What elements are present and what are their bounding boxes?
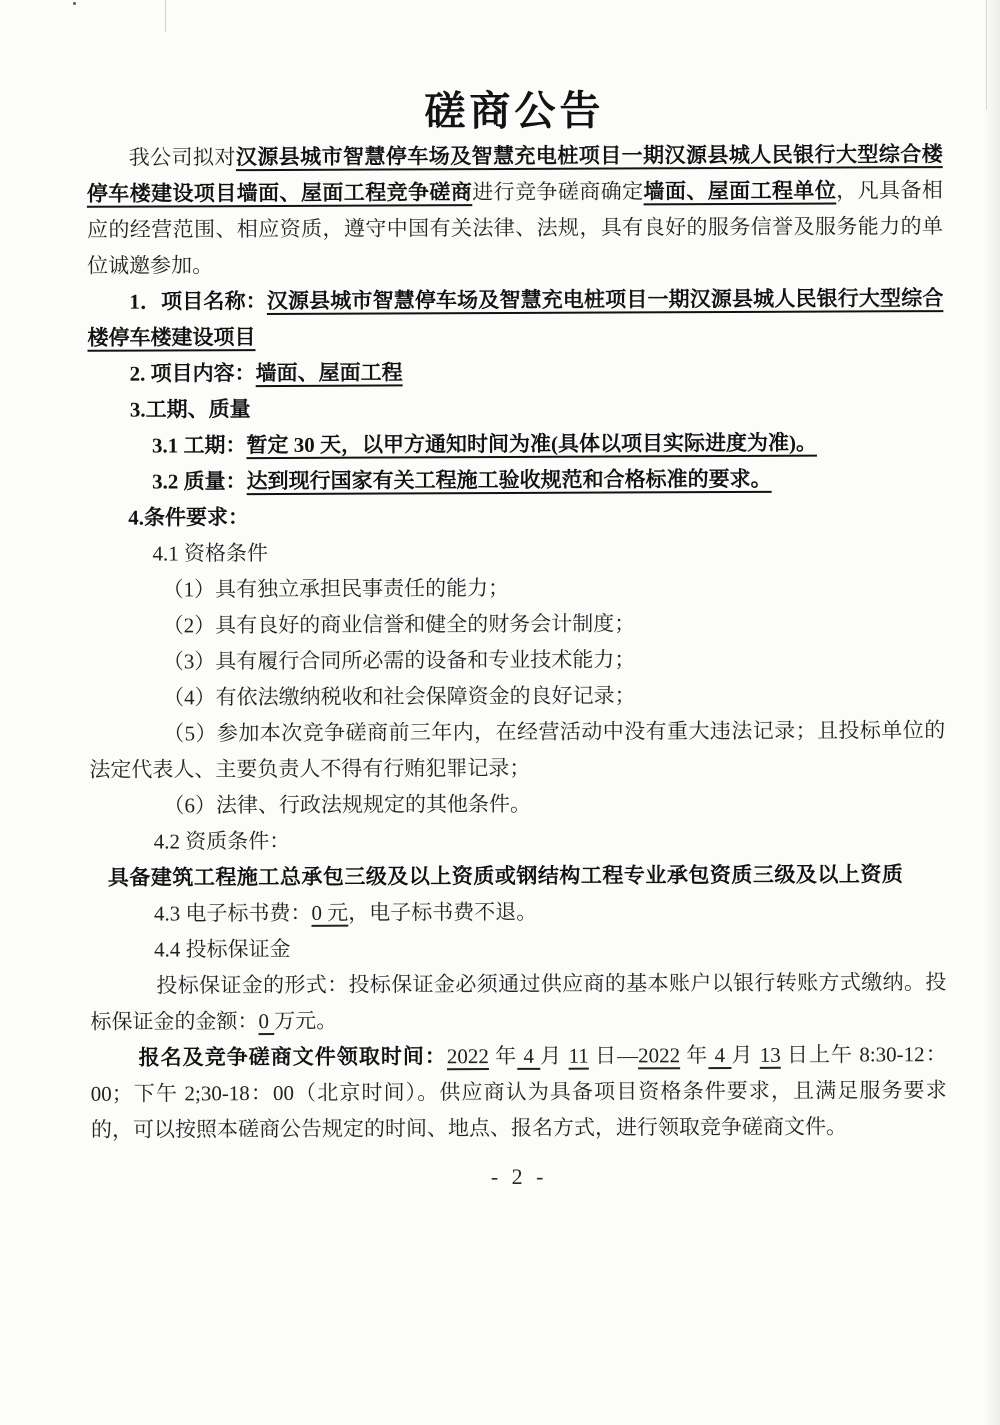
text-run: 3.1 工期： [152, 433, 247, 457]
text-run: （2）具有良好的商业信誉和健全的财务会计制度； [163, 611, 636, 637]
condition-6: （6）法律、行政法规规定的其他条件。 [89, 784, 945, 824]
text-run: 具备建筑工程施工总承包三级及以上资质或钢结构工程专业承包资质三级及以上资质 [108, 862, 904, 889]
text-run: 4 [517, 1044, 540, 1068]
condition-5: （5）参加本次竞争磋商前三年内，在经营活动中没有重大违法记录；且投标单位的法定代… [89, 712, 945, 788]
bid-bond-subheading: 4.4 投标保证金 [90, 928, 946, 968]
quality-item: 3.2 质量：达到现行国家有关工程施工验收规范和合格标准的要求。 [88, 460, 944, 500]
project-content-item: 2. 项目内容：墙面、屋面工程 [88, 352, 944, 392]
page-number: - 2 - [91, 1160, 947, 1194]
text-run: 0 [258, 1009, 274, 1033]
text-run: 月 [540, 1044, 568, 1068]
text-run: 达到现行国家有关工程施工验收规范和合格标准的要求。 [247, 467, 772, 493]
bid-fee-item: 4.3 电子标书费：0 元，电子标书费不退。 [90, 892, 946, 932]
text-run: 11 [568, 1044, 588, 1068]
text-run: 4.2 资质条件： [154, 829, 291, 854]
text-run: 3.2 质量： [152, 469, 247, 493]
condition-1: （1）具有独立承担民事责任的能力； [88, 568, 944, 608]
credentials-requirement: 具备建筑工程施工总承包三级及以上资质或钢结构工程专业承包资质三级及以上资质 [90, 856, 946, 896]
text-run: 年 [680, 1043, 708, 1067]
text-run: （5）参加本次竞争磋商前三年内，在经营活动中没有重大违法记录；且投标单位的法定代… [89, 718, 945, 782]
text-run: 报名及竞争磋商文件领取时间： [139, 1044, 447, 1069]
text-run: 4.3 电子标书费： [154, 901, 312, 926]
text-run: 墙面、屋面工程 [256, 360, 403, 385]
text-run: 进行竞争磋商确定 [472, 179, 643, 204]
text-run: 4.条件要求： [128, 505, 249, 530]
text-run: 13 [760, 1043, 781, 1067]
document-body: 我公司拟对汉源县城市智慧停车场及智慧充电桩项目一期汉源县城人民银行大型综合楼停车… [87, 136, 947, 1148]
duration-item: 3.1 工期：暂定 30 天，以甲方通知时间为准(具体以项目实际进度为准)。 [88, 424, 944, 464]
condition-4: （4）有依法缴纳税收和社会保障资金的良好记录； [89, 676, 945, 716]
text-run: （4）有依法缴纳税收和社会保障资金的良好记录； [163, 683, 636, 709]
text-run: 年 [489, 1044, 517, 1068]
text-run: 月 [731, 1043, 759, 1067]
credentials-subheading: 4.2 资质条件： [90, 820, 946, 860]
text-run: 暂定 30 天，以甲方通知时间为准(具体以项目实际进度为准)。 [246, 431, 817, 457]
text-run: （6）法律、行政法规规定的其他条件。 [163, 792, 531, 818]
text-run: 2022 [447, 1044, 489, 1068]
qualification-subheading: 4.1 资格条件 [88, 532, 944, 572]
bid-bond-paragraph: 投标保证金的形式：投标保证金必须通过供应商的基本账户以银行转账方式缴纳。投标保证… [90, 964, 946, 1040]
text-run: 日— [589, 1043, 638, 1067]
text-run: 3.工期、质量 [130, 397, 251, 422]
text-run: 4.1 资格条件 [152, 541, 268, 566]
conditions-heading: 4.条件要求： [88, 496, 944, 536]
document-page: 磋商公告 我公司拟对汉源县城市智慧停车场及智慧充电桩项目一期汉源县城人民银行大型… [0, 0, 1000, 1425]
condition-3: （3）具有履行合同所必需的设备和专业技术能力； [89, 640, 945, 680]
text-run: 4.4 投标保证金 [154, 937, 291, 962]
text-run: 投标保证金的形式：投标保证金必须通过供应商的基本账户以银行转账方式缴纳。投标保证… [90, 970, 946, 1034]
text-run: ，电子标书费不退。 [348, 900, 537, 925]
text-run: 4 [708, 1043, 731, 1067]
text-run: （1）具有独立承担民事责任的能力； [163, 576, 510, 602]
document-title: 磋商公告 [86, 82, 942, 140]
text-run: 墙面、屋面工程单位 [643, 179, 836, 204]
project-name-item: 1．项目名称：汉源县城市智慧停车场及智慧充电桩项目一期汉源县城人民银行大型综合楼… [87, 280, 943, 356]
condition-2: （2）具有良好的商业信誉和健全的财务会计制度； [89, 604, 945, 644]
text-run: （3）具有履行合同所必需的设备和专业技术能力； [163, 647, 636, 673]
text-run: 我公司拟对 [129, 145, 236, 169]
text-run: 0 元 [311, 901, 348, 925]
text-run: 万元。 [274, 1009, 337, 1033]
duration-quality-heading: 3.工期、质量 [88, 388, 944, 428]
document-content: 磋商公告 我公司拟对汉源县城市智慧停车场及智慧充电桩项目一期汉源县城人民银行大型… [0, 0, 1000, 1194]
text-run: 1．项目名称： [129, 289, 267, 314]
intro-paragraph: 我公司拟对汉源县城市智慧停车场及智慧充电桩项目一期汉源县城人民银行大型综合楼停车… [87, 136, 944, 284]
text-run: 2. 项目内容： [130, 361, 256, 386]
registration-paragraph: 报名及竞争磋商文件领取时间：2022 年 4 月 11 日—2022 年 4 月… [91, 1036, 947, 1148]
text-run: 2022 [638, 1043, 680, 1067]
